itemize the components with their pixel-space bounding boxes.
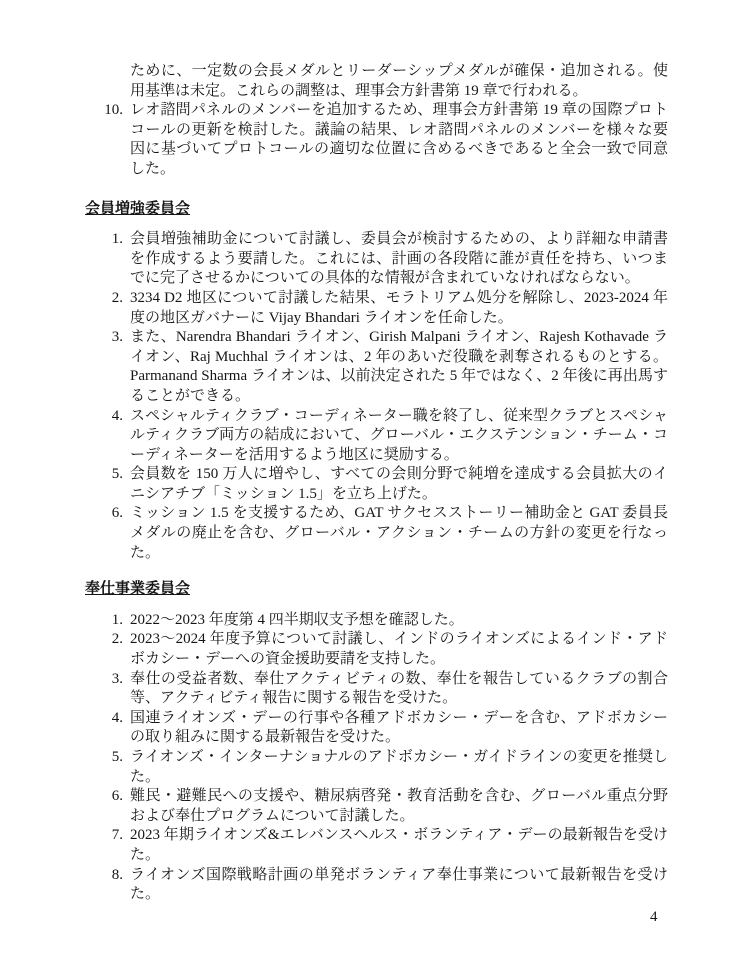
continuation-paragraph: ために、一定数の会長メダルとリーダーシップメダルが確保・追加される。使用基準は未… [130,62,668,101]
list-item: 8. ライオンズ国際戦略計画の単発ボランティア奉仕事業について最新報告を受けた。 [85,866,668,905]
list-item-number: 6. [85,787,130,826]
list-item-text: ミッション 1.5 を支援するため、GAT サクセスストーリー補助金と GAT … [130,504,668,563]
list-item: 4. 国連ライオンズ・デーの行事や各種アドボカシー・デーを含む、アドボカシーの取… [85,709,668,748]
list-item-number: 1. [85,611,130,631]
list-item-text: 難民・避難民への支援や、糖尿病啓発・教育活動を含む、グローバル重点分野および奉仕… [130,787,668,826]
list-item-number: 5. [85,748,130,787]
list-item-number: 10. [85,101,130,179]
list-item-number: 4. [85,709,130,748]
list-item-number: 1. [85,230,130,289]
list-item-number: 2. [85,289,130,328]
list-item-number: 6. [85,504,130,563]
list-item-text: スペシャルティクラブ・コーディネーター職を終了し、従来型クラブとスペシャルティク… [130,407,668,466]
list-item-number: 8. [85,866,130,905]
list-item-text: また、Narendra Bhandari ライオン、Girish Malpani… [130,328,668,406]
list-item-number: 5. [85,465,130,504]
document-page: ために、一定数の会長メダルとリーダーシップメダルが確保・追加される。使用基準は未… [0,0,750,971]
list-item-text: レオ諮問パネルのメンバーを追加するため、理事会方針書第 19 章の国際プロトコー… [130,101,668,179]
list-item: 4. スペシャルティクラブ・コーディネーター職を終了し、従来型クラブとスペシャル… [85,407,668,466]
list-item: 10. レオ諮問パネルのメンバーを追加するため、理事会方針書第 19 章の国際プ… [85,101,668,179]
list-item-text: ライオンズ国際戦略計画の単発ボランティア奉仕事業について最新報告を受けた。 [130,866,668,905]
list-item: 5. ライオンズ・インターナショナルのアドボカシー・ガイドラインの変更を推奨した… [85,748,668,787]
list-item-text: 会員数を 150 万人に増やし、すべての会則分野で純増を達成する会員拡大のイニシ… [130,465,668,504]
list-item: 2. 2023～2024 年度予算について討議し、インドのライオンズによるインド… [85,630,668,669]
list-item-text: ライオンズ・インターナショナルのアドボカシー・ガイドラインの変更を推奨した。 [130,748,668,787]
list-item-text: 3234 D2 地区について討議した結果、モラトリアム処分を解除し、2023-2… [130,289,668,328]
list-item-text: 奉仕の受益者数、奉仕アクティビティの数、奉仕を報告しているクラブの割合等、アクテ… [130,670,668,709]
list-item-text: 2023～2024 年度予算について討議し、インドのライオンズによるインド・アド… [130,630,668,669]
list-item: 5. 会員数を 150 万人に増やし、すべての会則分野で純増を達成する会員拡大の… [85,465,668,504]
page-number: 4 [650,908,658,928]
list-item: 2. 3234 D2 地区について討議した結果、モラトリアム処分を解除し、202… [85,289,668,328]
list-item: 3. また、Narendra Bhandari ライオン、Girish Malp… [85,328,668,406]
list-item-number: 3. [85,328,130,406]
list-item-text: 国連ライオンズ・デーの行事や各種アドボカシー・デーを含む、アドボカシーの取り組み… [130,709,668,748]
list-item-number: 2. [85,630,130,669]
list-item-text: 2022～2023 年度第 4 四半期収支予想を確認した。 [130,611,668,631]
list-item-number: 3. [85,670,130,709]
list-item-number: 4. [85,407,130,466]
list-item-text: 会員増強補助金について討議し、委員会が検討するための、より詳細な申請書を作成する… [130,230,668,289]
list-item-text: 2023 年期ライオンズ&エレバンスヘルス・ボランティア・デーの最新報告を受けた… [130,826,668,865]
list-item: 7. 2023 年期ライオンズ&エレバンスヘルス・ボランティア・デーの最新報告を… [85,826,668,865]
section-heading-service: 奉仕事業委員会 [85,580,668,600]
list-item: 1. 会員増強補助金について討議し、委員会が検討するための、より詳細な申請書を作… [85,230,668,289]
document-content: ために、一定数の会長メダルとリーダーシップメダルが確保・追加される。使用基準は未… [85,62,668,905]
section-heading-membership: 会員増強委員会 [85,200,668,220]
list-item-number: 7. [85,826,130,865]
list-item: 1. 2022～2023 年度第 4 四半期収支予想を確認した。 [85,611,668,631]
list-item: 6. 難民・避難民への支援や、糖尿病啓発・教育活動を含む、グローバル重点分野およ… [85,787,668,826]
list-item: 3. 奉仕の受益者数、奉仕アクティビティの数、奉仕を報告しているクラブの割合等、… [85,670,668,709]
list-item: 6. ミッション 1.5 を支援するため、GAT サクセスストーリー補助金と G… [85,504,668,563]
